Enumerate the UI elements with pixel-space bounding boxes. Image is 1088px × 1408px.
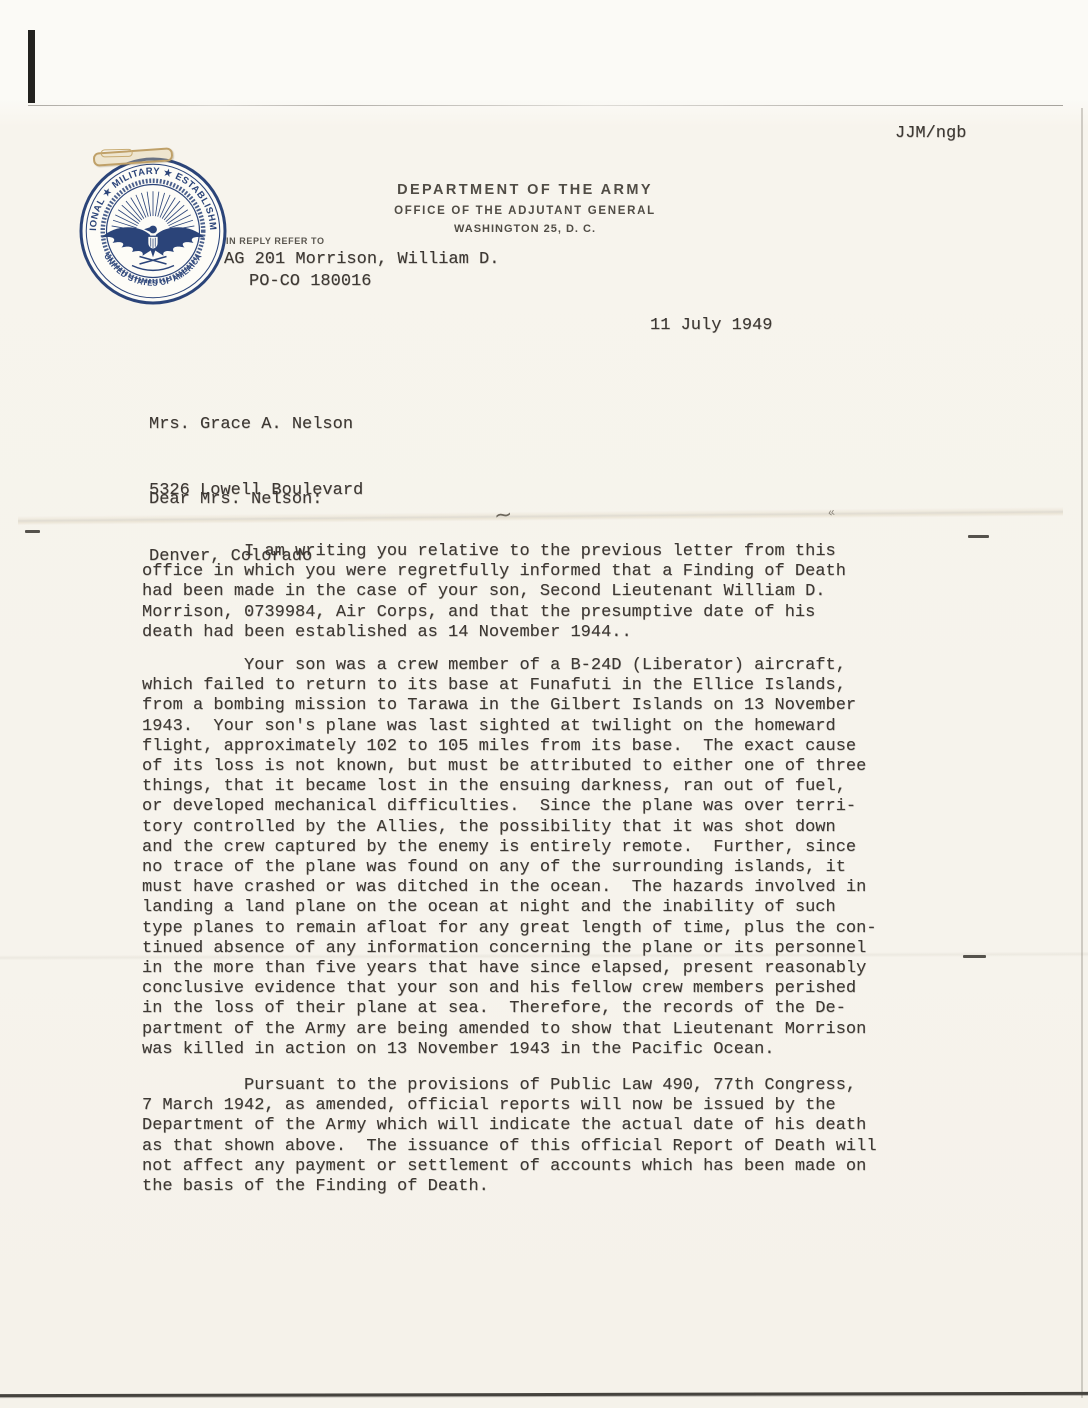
salutation: Dear Mrs. Nelson: bbox=[149, 490, 322, 510]
body-paragraph-2: Your son was a crew member of a B-24D (L… bbox=[142, 656, 912, 1060]
file-reference-line2: PO-CO 180016 bbox=[249, 272, 371, 292]
national-military-establishment-seal-icon: NATIONAL ★ MILITARY ★ ESTABLISHMENT UNIT… bbox=[78, 156, 228, 306]
letter-date: 11 July 1949 bbox=[650, 316, 772, 336]
body-paragraph-3: Pursuant to the provisions of Public Law… bbox=[142, 1076, 912, 1197]
fold-mark-left bbox=[25, 530, 40, 533]
fold-mark-right bbox=[968, 535, 989, 538]
typist-initials: JJM/ngb bbox=[895, 124, 966, 144]
scan-artifact-bottom-edge bbox=[0, 1392, 1088, 1397]
fold-mark-right-lower bbox=[963, 955, 986, 958]
letterhead: DEPARTMENT OF THE ARMY OFFICE OF THE ADJ… bbox=[275, 182, 775, 235]
letterhead-city: WASHINGTON 25, D. C. bbox=[275, 223, 775, 235]
seal-graphic: NATIONAL ★ MILITARY ★ ESTABLISHMENT UNIT… bbox=[78, 156, 228, 306]
letterhead-department: DEPARTMENT OF THE ARMY bbox=[275, 182, 775, 198]
file-reference-line1: AG 201 Morrison, William D. bbox=[224, 250, 499, 270]
pen-squiggle-mark: ~ bbox=[493, 502, 514, 529]
letterhead-office: OFFICE OF THE ADJUTANT GENERAL bbox=[275, 205, 775, 217]
body-paragraph-1: I am writing you relative to the previou… bbox=[142, 542, 912, 643]
letter-page: ~ « JJM/ngb NATIONAL ★ MILITARY ★ ESTABL… bbox=[0, 0, 1088, 1408]
reply-refer-label: IN REPLY REFER TO bbox=[226, 236, 325, 246]
scan-artifact-right-line bbox=[1081, 108, 1083, 1398]
scan-artifact-black-bar bbox=[28, 30, 35, 103]
scan-artifact-top-line bbox=[28, 105, 1063, 106]
recipient-name: Mrs. Grace A. Nelson bbox=[149, 414, 363, 436]
